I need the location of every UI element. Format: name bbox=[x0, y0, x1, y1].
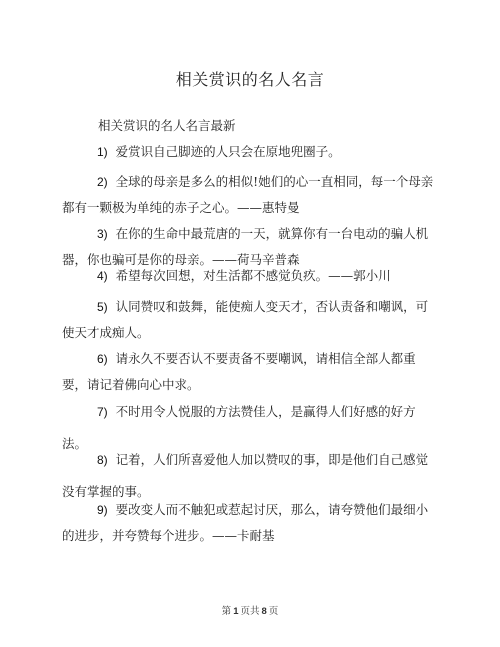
footer-suffix: 页 bbox=[269, 606, 279, 617]
quote-text: 请永久不要否认不要责备不要嘲讽，请相信全部人都重要，请记着佛向心中求。 bbox=[62, 351, 416, 392]
quote-number: 2) bbox=[97, 175, 108, 189]
quote-item-2: 2)全球的母亲是多么的相似!她们的心一直相同，每一个母亲都有一颗极为单纯的赤子之… bbox=[62, 169, 438, 220]
quote-number: 1) bbox=[97, 145, 108, 159]
quote-text: 记着，人们所喜爱他人加以赞叹的事，即是他们自己感觉没有掌握的事。 bbox=[62, 452, 428, 499]
quote-text: 希望每次回想，对生活都不感觉负疚。——郭小川 bbox=[116, 268, 391, 283]
quote-item-9: 9)要改变人而不触犯或惹起讨厌，那么，请夸赞他们最细小的进步，并夸赞每个进步。—… bbox=[62, 497, 438, 548]
quote-text: 爱赏识自己脚迹的人只会在原地兜圈子。 bbox=[116, 144, 341, 159]
total-pages-number: 8 bbox=[262, 606, 267, 617]
quote-text: 要改变人而不触犯或惹起讨厌，那么，请夸赞他们最细小的进步，并夸赞每个进步。——卡… bbox=[62, 502, 428, 543]
quote-item-6: 6)请永久不要否认不要责备不要嘲讽，请相信全部人都重要，请记着佛向心中求。 bbox=[62, 346, 438, 397]
quote-item-5: 5)认同赞叹和鼓舞，能使痴人变天才，否认责备和嘲讽，可使天才成痴人。 bbox=[62, 294, 438, 345]
quote-item-4: 4)希望每次回想，对生活都不感觉负疚。——郭小川 bbox=[62, 263, 438, 289]
quote-number: 6) bbox=[97, 352, 108, 366]
footer-middle: 页共 bbox=[240, 606, 259, 617]
current-page-number: 1 bbox=[233, 606, 238, 617]
quote-number: 3) bbox=[97, 227, 108, 241]
document-title: 相关赏识的名人名言 bbox=[0, 67, 500, 90]
quote-text: 认同赞叹和鼓舞，能使痴人变天才，否认责备和嘲讽，可使天才成痴人。 bbox=[62, 299, 428, 340]
document-page: 相关赏识的名人名言 相关赏识的名人名言最新 1)爱赏识自己脚迹的人只会在原地兜圈… bbox=[0, 0, 500, 647]
document-subtitle: 相关赏识的名人名言最新 bbox=[98, 116, 236, 134]
quote-number: 4) bbox=[97, 269, 108, 283]
quote-number: 9) bbox=[97, 503, 108, 517]
quote-text: 在你的生命中最荒唐的一天，就算你有一台电动的骗人机器，你也骗可是你的母亲。——荷… bbox=[62, 226, 428, 267]
quote-number: 8) bbox=[97, 453, 108, 467]
footer-prefix: 第 bbox=[222, 606, 232, 617]
quote-number: 5) bbox=[97, 300, 108, 314]
page-footer: 第1页共8页 bbox=[0, 603, 500, 617]
quote-item-1: 1)爱赏识自己脚迹的人只会在原地兜圈子。 bbox=[62, 139, 438, 165]
quote-text: 全球的母亲是多么的相似!她们的心一直相同，每一个母亲都有一颗极为单纯的赤子之心。… bbox=[62, 174, 433, 215]
quote-number: 7) bbox=[97, 405, 108, 419]
